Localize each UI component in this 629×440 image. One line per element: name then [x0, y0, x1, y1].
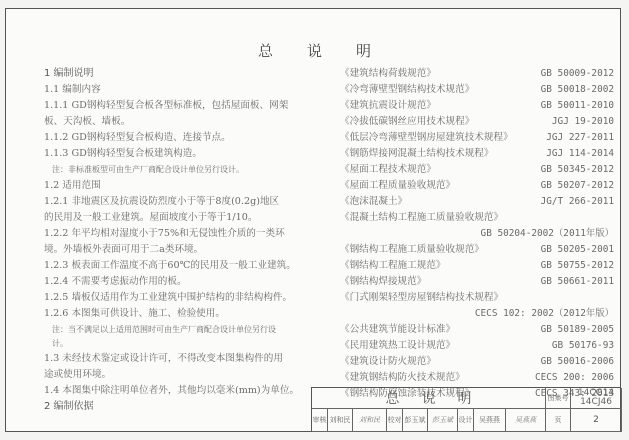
- reviewer-label: 审核: [312, 409, 328, 432]
- body-text: 1.1.1 GD钢构轻型复合板各型标准板，包括屋面板、网架: [44, 100, 288, 112]
- reference-code: GB 50018-2002: [541, 84, 614, 96]
- note-text: 注：当不满足以上适用范围时可由生产厂商配合设计单位另行设: [52, 324, 276, 336]
- reference-code: GB 50011-2010: [541, 100, 614, 112]
- checker-label: 校对: [387, 409, 403, 432]
- checker-name: 彭玉斌: [403, 409, 428, 432]
- body-text: 1.2.4 不需要考虑振动作用的板。: [44, 276, 187, 288]
- reference-title: 《钢筋焊接网混凝土结构技术规程》: [340, 148, 494, 160]
- title-block-char: 说: [422, 388, 436, 408]
- body-text: 1.2.2 年平均相对湿度小于75%和无侵蚀性介质的一类环: [44, 228, 285, 240]
- reference-title: 《建筑结构荷载规范》: [340, 68, 436, 80]
- title-char: 说: [307, 40, 322, 61]
- title-char: 明: [356, 40, 371, 61]
- page-number: 2: [571, 409, 622, 432]
- checker-signature: 彭玉斌: [428, 409, 458, 432]
- body-text: 1.1.3 GD钢构轻型复合板建筑构造。: [44, 148, 202, 160]
- reference-title: 《建筑设计防火规范》: [340, 356, 436, 368]
- body-text: 1.2 适用范围: [44, 180, 101, 192]
- reference-title: 《冷拔低碳钢丝应用技术规程》: [340, 116, 474, 128]
- body-text: 1.3 未经技术鉴定或设计许可，不得改变本图集构件的用: [44, 353, 283, 365]
- reference-code: CECS 200: 2006: [535, 372, 614, 384]
- reference-code: GB 50755-2012: [541, 260, 614, 272]
- section-heading: 2 编制依据: [44, 401, 94, 413]
- reference-title: 《混凝土结构工程施工质量验收规范》: [340, 212, 503, 224]
- reference-code: JGJ 227-2011: [546, 132, 614, 144]
- atlas-label: 图集号: [546, 388, 571, 409]
- title-block-char: 总: [386, 388, 400, 408]
- section-heading: 1 编制说明: [44, 68, 94, 80]
- reference-title: 《钢结构焊接规范》: [340, 276, 426, 288]
- title-block-char: 明: [458, 388, 472, 408]
- title-block: 总说明 图集号 14CG14 14CJ46 审核 刘和民 刘和民 校对 彭玉斌 …: [311, 387, 621, 432]
- note-text: 计。: [52, 338, 68, 350]
- reference-title: 《钢结构工程施工规范》: [340, 260, 446, 272]
- reviewer-name: 刘和民: [328, 409, 353, 432]
- body-text: 1.1 编制内容: [44, 84, 101, 96]
- designer-label: 设计: [458, 409, 474, 432]
- reference-title: 《公共建筑节能设计标准》: [340, 324, 455, 336]
- reference-code: JGJ 19-2010: [552, 116, 614, 128]
- body-text: 的民用及一般工业建筑。屋面坡度小于等于1/10。: [44, 212, 257, 224]
- reference-code: GB 50176-93: [552, 340, 614, 352]
- atlas-number: 14CJ46: [580, 398, 612, 407]
- reference-code: GB 50009-2012: [541, 68, 614, 80]
- reference-code: GB 50204-2002（2011年版）: [481, 228, 614, 240]
- reviewer-signature: 刘和民: [353, 409, 387, 432]
- body-text: 途或使用环境。: [44, 369, 111, 381]
- reference-title: 《建筑钢结构防火技术规范》: [340, 372, 465, 384]
- reference-code: GB 50661-2011: [541, 276, 614, 288]
- designer-signature: 吴燕燕: [506, 409, 546, 432]
- page-title: 总说明: [0, 40, 629, 61]
- reference-code: JG/T 266-2011: [541, 196, 614, 208]
- reference-title: 《屋面工程质量验收规范》: [340, 180, 455, 192]
- body-text: 1.1.2 GD钢构轻型复合板构造、连接节点。: [44, 132, 231, 144]
- designer-name: 吴燕燕: [474, 409, 506, 432]
- body-text: 1.4 本图集中除注明单位者外，其他均以毫米(mm)为单位。: [44, 385, 299, 397]
- reference-code: GB 50205-2001: [541, 244, 614, 256]
- reference-code: JGJ 114-2014: [546, 148, 614, 160]
- body-text: 1.2.6 本图集可供设计、施工、检验使用。: [44, 308, 225, 320]
- reference-code: CECS 102: 2002（2012年版）: [475, 308, 614, 320]
- body-text: 境。外墙板外表面可用于二a类环境。: [44, 244, 203, 256]
- body-text: 板、天沟板、墙板。: [44, 116, 130, 128]
- body-text: 1.2.3 板表面工作温度不高于60℃的民用及一般工业建筑。: [44, 260, 296, 272]
- reference-title: 《冷弯薄壁型钢结构技术规范》: [340, 84, 474, 96]
- reference-title: 《门式刚架轻型房屋钢结构技术规程》: [340, 292, 503, 304]
- reference-title: 《泡沫混凝土》: [340, 196, 407, 208]
- body-text: 1.2.5 墙板仅适用作为工业建筑中围护结构的非结构构件。: [44, 292, 292, 304]
- title-char: 总: [258, 40, 273, 61]
- reference-code: GB 50207-2012: [541, 180, 614, 192]
- reference-code: GB 50189-2005: [541, 324, 614, 336]
- reference-title: 《低层冷弯薄壁型钢房屋建筑技术规程》: [340, 132, 513, 144]
- reference-code: GB 50345-2012: [541, 164, 614, 176]
- reference-title: 《屋面工程技术规范》: [340, 164, 436, 176]
- atlas-number-cell: 14CG14 14CJ46: [571, 388, 622, 409]
- reference-title: 《建筑抗震设计规范》: [340, 100, 436, 112]
- note-text: 注：非标准板型可由生产厂商配合设计单位另行设计。: [52, 164, 244, 176]
- reference-title: 《钢结构工程施工质量验收规范》: [340, 244, 484, 256]
- reference-title: 《民用建筑热工设计规范》: [340, 340, 455, 352]
- page-label: 页: [546, 409, 571, 432]
- body-text: 1.2.1 非地震区及抗震设防烈度小于等于8度(0.2g)地区: [44, 196, 279, 208]
- reference-code: GB 50016-2006: [541, 356, 614, 368]
- title-block-title: 总说明: [312, 388, 546, 409]
